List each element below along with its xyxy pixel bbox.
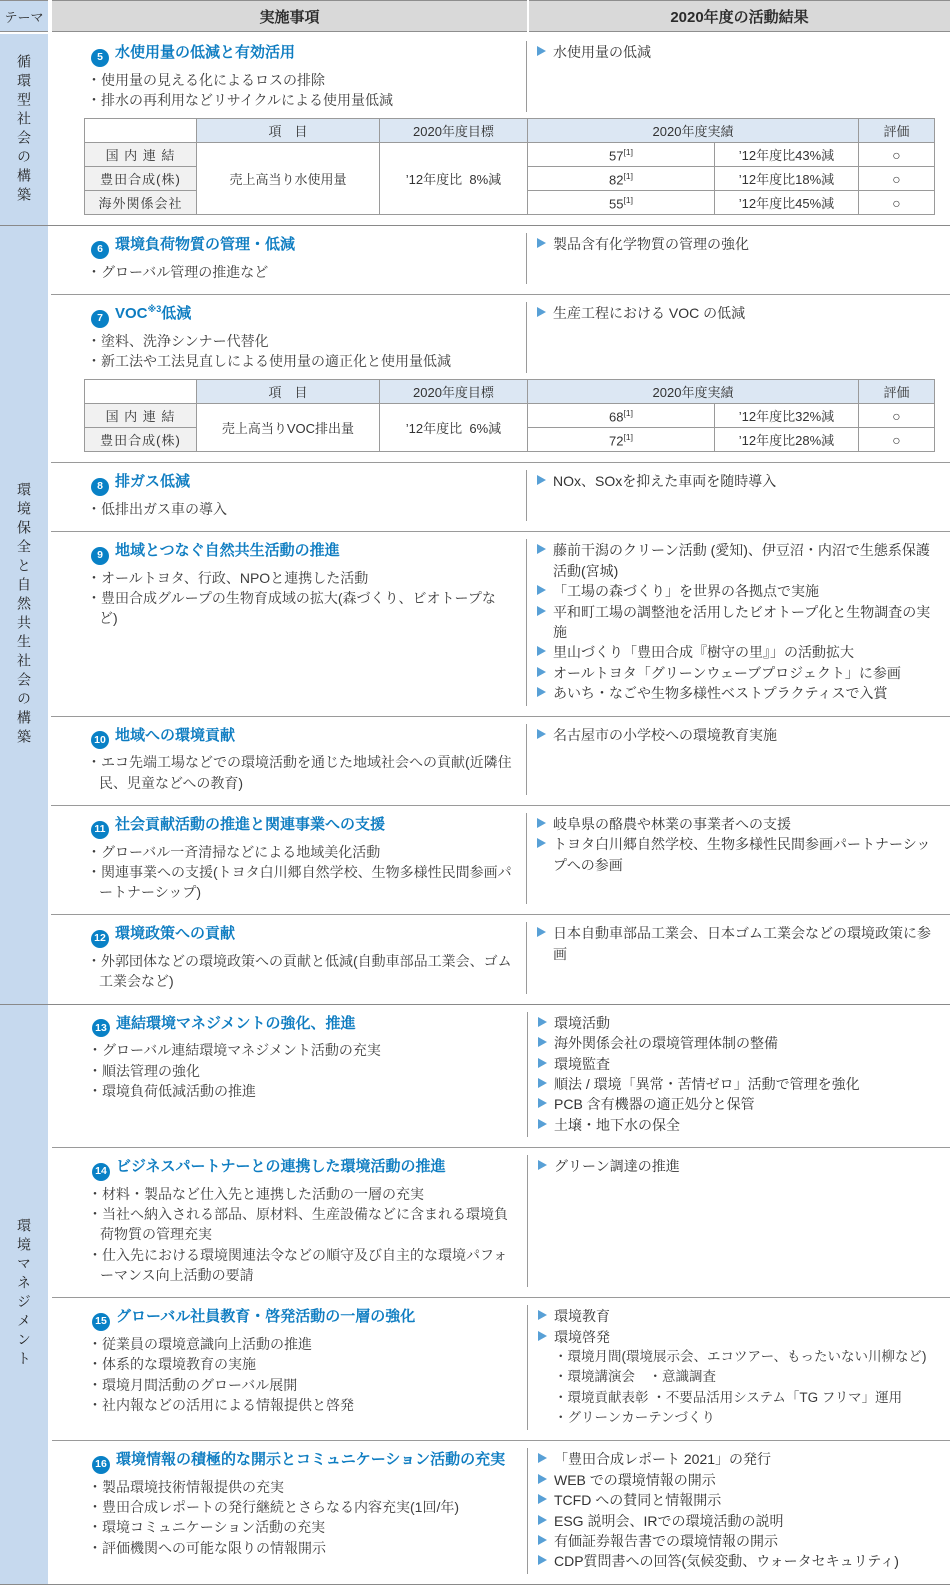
item-detail-bullet: ・外郭団体などの環境政策への貢献と低減(自動車部品工業会、ゴム工業会など) (51, 951, 514, 992)
action-item-row: 8排ガス低減・低排出ガス車の導入NOx、SOxを抑えた車両を随時導入 (51, 462, 950, 531)
arrow-right-icon (538, 1078, 547, 1088)
item-title: 11社会貢献活動の推進と関連事業への支援 (51, 814, 514, 839)
scope-cell: 国 内 連 結 (84, 143, 196, 167)
item-detail-bullet: ・社内報などの活用による情報提供と啓発 (52, 1395, 515, 1415)
item-number-badge: 16 (92, 1456, 110, 1474)
arrow-right-icon (538, 1555, 547, 1565)
item-title: 14ビジネスパートナーとの連携した環境活動の推進 (52, 1156, 515, 1181)
action-item-main: 5水使用量の低減と有効活用・使用量の見える化によるロスの排除・排水の再利用などリ… (51, 41, 950, 112)
result-text: グリーン調達の推進 (554, 1158, 680, 1174)
result-item: WEB での環境情報の開示 (538, 1470, 942, 1490)
evaluation-cell: ○ (859, 143, 935, 167)
theme-section-1: 循環型社会の構築5水使用量の低減と有効活用・使用量の見える化によるロスの排除・排… (0, 34, 950, 225)
target-cell: ’12年度比 8%減 (379, 143, 527, 215)
arrow-right-icon (538, 1098, 547, 1108)
arrow-right-icon (537, 238, 546, 248)
action-item-row: 6環境負荷物質の管理・低減・グローバル管理の推進など製品含有化学物質の管理の強化 (51, 226, 950, 294)
implementation-cell: 14ビジネスパートナーとの連携した環境活動の推進・材料・製品など仕入先と連携した… (52, 1155, 527, 1287)
result-text: ESG 説明会、IRでの環境活動の説明 (554, 1513, 783, 1529)
action-item-row: 7VOC※3低減・塗料、洗浄シンナー代替化・新工法や工法見直しによる使用量の適正… (51, 294, 950, 462)
col-header-results: 2020年度の活動結果 (529, 0, 950, 32)
action-item-main: 9地域とつなぐ自然共生活動の推進・オールトヨタ、行政、NPOと連携した活動・豊田… (51, 539, 950, 706)
action-item-row: 12環境政策への貢献・外郭団体などの環境政策への貢献と低減(自動車部品工業会、ゴ… (51, 914, 950, 1003)
item-number-badge: 5 (91, 49, 109, 67)
arrow-right-icon (537, 307, 546, 317)
result-item: 平和町工場の調整池を活用したビオトープ化と生物調査の実施 (537, 602, 942, 643)
arrow-right-icon (537, 687, 546, 697)
implementation-cell: 16環境情報の積極的な開示とコミュニケーション活動の充実・製品環境技術情報提供の… (52, 1448, 527, 1574)
actual-delta-cell: ’12年度比45%減 (714, 191, 858, 215)
result-text: 里山づくり「豊田合成『樹守の里』」の活動拡大 (553, 644, 854, 660)
actual-value-cell: 68[1] (527, 404, 714, 428)
theme-label: 環境マネジメント (17, 1218, 31, 1370)
sections-container: 循環型社会の構築5水使用量の低減と有効活用・使用量の見える化によるロスの排除・排… (0, 34, 950, 1585)
action-item-row: 13連結環境マネジメントの強化、推進・グローバル連結環境マネジメント活動の充実・… (52, 1005, 950, 1148)
arrow-right-icon (537, 606, 546, 616)
item-title-text: VOC (115, 305, 148, 322)
result-text: 土壌・地下水の保全 (554, 1117, 680, 1133)
implementation-cell: 5水使用量の低減と有効活用・使用量の見える化によるロスの排除・排水の再利用などリ… (51, 41, 526, 112)
item-title-text: 排ガス低減 (115, 473, 190, 490)
implementation-cell: 10地域への環境貢献・エコ先端工場などでの環境活動を通じた地域社会への貢献(近隣… (51, 724, 526, 795)
arrow-right-icon (538, 1119, 547, 1129)
section-rows: 6環境負荷物質の管理・低減・グローバル管理の推進など製品含有化学物質の管理の強化… (51, 226, 950, 1003)
results-cell: 名古屋市の小学校への環境教育実施 (526, 724, 950, 795)
result-item: 藤前干潟のクリーン活動 (愛知)、伊豆沼・内沼で生態系保護活動(宮城) (537, 540, 942, 581)
result-text: オールトヨタ「グリーンウェーブプロジェクト」に参画 (553, 665, 901, 681)
action-item-main: 8排ガス低減・低排出ガス車の導入NOx、SOxを抑えた車両を随時導入 (51, 470, 950, 521)
target-column-header: 2020年度目標 (379, 119, 527, 143)
result-item: 水使用量の低減 (537, 42, 942, 62)
result-item: 岐阜県の酪農や林業の事業者への支援 (537, 814, 942, 834)
result-text: WEB での環境情報の開示 (554, 1472, 716, 1488)
item-number-badge: 8 (91, 478, 109, 496)
arrow-right-icon (538, 1058, 547, 1068)
action-item-main: 15グローバル社員教育・啓発活動の一層の強化・従業員の環境意識向上活動の推進・体… (52, 1305, 950, 1430)
result-item: 順法 / 環境「異常・苦情ゼロ」活動で管理を強化 (538, 1074, 942, 1094)
actual-column-header: 2020年度実績 (527, 380, 858, 404)
theme-section-2: 環境保全と自然共生社会の構築6環境負荷物質の管理・低減・グローバル管理の推進など… (0, 225, 950, 1003)
item-title-text: 低減 (161, 305, 191, 322)
result-text: 平和町工場の調整池を活用したビオトープ化と生物調査の実施 (553, 604, 930, 640)
theme-cell: 環境保全と自然共生社会の構築 (0, 226, 48, 1003)
actual-column-header: 2020年度実績 (527, 119, 858, 143)
action-item-row: 11社会貢献活動の推進と関連事業への支援・グローバル一斉清掃などによる地域美化活… (51, 805, 950, 915)
result-item: あいち・なごや生物多様性ベストプラクティスで入賞 (537, 683, 942, 703)
implementation-cell: 7VOC※3低減・塗料、洗浄シンナー代替化・新工法や工法見直しによる使用量の適正… (51, 302, 526, 373)
evaluation-cell: ○ (859, 191, 935, 215)
item-detail-bullet: ・使用量の見える化によるロスの排除 (51, 70, 514, 90)
metrics-row: 国 内 連 結売上高当りVOC排出量’12年度比 6%減68[1]’12年度比3… (84, 404, 934, 428)
item-detail-bullet: ・環境コミュニケーション活動の充実 (52, 1517, 515, 1537)
item-detail-bullet: ・環境負荷低減活動の推進 (52, 1081, 515, 1101)
item-detail-bullet: ・豊田合成グループの生物育成域の拡大(森づくり、ビオトープなど) (51, 588, 514, 629)
item-title-text: 水使用量の低減と有効活用 (115, 44, 295, 61)
result-item: 環境啓発 (538, 1327, 942, 1347)
actual-delta-cell: ’12年度比43%減 (714, 143, 858, 167)
results-cell: グリーン調達の推進 (527, 1155, 950, 1287)
arrow-right-icon (537, 838, 546, 848)
item-detail-bullet: ・順法管理の強化 (52, 1061, 515, 1081)
result-item: 生産工程における VOC の低減 (537, 303, 942, 323)
item-title-text: 環境情報の積極的な開示とコミュニケーション活動の充実 (116, 1451, 505, 1468)
col-header-theme: テーマ (0, 0, 48, 32)
result-item: 環境活動 (538, 1013, 942, 1033)
result-item: 名古屋市の小学校への環境教育実施 (537, 725, 942, 745)
scope-cell: 豊田合成(株) (84, 167, 196, 191)
item-title-text: 環境負荷物質の管理・低減 (115, 236, 295, 253)
results-cell: 生産工程における VOC の低減 (526, 302, 950, 373)
metrics-header-row: 項 目2020年度目標2020年度実績評価 (84, 380, 934, 404)
result-sub-item: ・グリーンカーテンづくり (538, 1408, 942, 1428)
implementation-cell: 11社会貢献活動の推進と関連事業への支援・グローバル一斉清掃などによる地域美化活… (51, 813, 526, 905)
result-text: 岐阜県の酪農や林業の事業者への支援 (553, 816, 791, 832)
results-cell: 岐阜県の酪農や林業の事業者への支援トヨタ白川郷自然学校、生物多様性民間参画パート… (526, 813, 950, 905)
result-item: トヨタ白川郷自然学校、生物多様性民間参画パートナーシップへの参画 (537, 834, 942, 875)
result-item: 「工場の森づくり」を世界の各拠点で実施 (537, 581, 942, 601)
arrow-right-icon (538, 1331, 547, 1341)
item-detail-bullet: ・従業員の環境意識向上活動の推進 (52, 1334, 515, 1354)
item-detail-bullet: ・仕入先における環境関連法令などの順守及び自主的な環境パフォーマンス向上活動の要… (52, 1245, 515, 1286)
results-cell: 日本自動車部品工業会、日本ゴム工業会などの環境政策に参画 (526, 922, 950, 993)
item-number-badge: 15 (92, 1313, 110, 1331)
result-item: 土壌・地下水の保全 (538, 1115, 942, 1135)
result-text: CDP質問書への回答(気候変動、ウォータセキュリティ) (554, 1553, 899, 1569)
actual-delta-cell: ’12年度比28%減 (714, 428, 858, 452)
item-detail-bullet: ・エコ先端工場などでの環境活動を通じた地域社会への貢献(近隣住民、児童などへの教… (51, 752, 514, 793)
result-text: 製品含有化学物質の管理の強化 (553, 236, 749, 252)
evaluation-cell: ○ (859, 167, 935, 191)
result-text: 水使用量の低減 (553, 44, 651, 60)
result-sub-item: ・環境貢献表彰 ・不要品活用システム「TG フリマ」運用 (538, 1388, 942, 1408)
actual-delta-cell: ’12年度比18%減 (714, 167, 858, 191)
action-item-main: 16環境情報の積極的な開示とコミュニケーション活動の充実・製品環境技術情報提供の… (52, 1448, 950, 1574)
implementation-cell: 8排ガス低減・低排出ガス車の導入 (51, 470, 526, 521)
item-number-badge: 7 (91, 310, 109, 328)
item-title: 12環境政策への貢献 (51, 923, 514, 948)
action-item-row: 10地域への環境貢献・エコ先端工場などでの環境活動を通じた地域社会への貢献(近隣… (51, 716, 950, 805)
item-detail-bullet: ・グローバル管理の推進など (51, 262, 514, 282)
arrow-right-icon (537, 927, 546, 937)
action-item-main: 12環境政策への貢献・外郭団体などの環境政策への貢献と低減(自動車部品工業会、ゴ… (51, 922, 950, 993)
item-detail-bullet: ・材料・製品など仕入先と連携した活動の一層の充実 (52, 1184, 515, 1204)
footnote-ref: [1] (623, 147, 632, 157)
action-item-main: 6環境負荷物質の管理・低減・グローバル管理の推進など製品含有化学物質の管理の強化 (51, 233, 950, 284)
metric-name-cell: 売上高当り水使用量 (196, 143, 379, 215)
arrow-right-icon (538, 1474, 547, 1484)
theme-section-3: 環境マネジメント13連結環境マネジメントの強化、推進・グローバル連結環境マネジメ… (0, 1004, 950, 1584)
metrics-row: 国 内 連 結売上高当り水使用量’12年度比 8%減57[1]’12年度比43%… (84, 143, 934, 167)
actual-value-cell: 55[1] (527, 191, 714, 215)
item-detail-bullet: ・関連事業への支援(トヨタ白川郷自然学校、生物多様性民間参画パートナーシップ) (51, 862, 514, 903)
item-detail-bullet: ・低排出ガス車の導入 (51, 499, 514, 519)
item-title-text: 地域への環境貢献 (115, 727, 235, 744)
theme-label: 環境保全と自然共生社会の構築 (17, 482, 31, 748)
footnote-ref: [1] (623, 195, 632, 205)
actual-value-cell: 72[1] (527, 428, 714, 452)
scope-cell: 豊田合成(株) (84, 428, 196, 452)
arrow-right-icon (537, 729, 546, 739)
item-detail-bullet: ・体系的な環境教育の実施 (52, 1354, 515, 1374)
metrics-header-row: 項 目2020年度目標2020年度実績評価 (84, 119, 934, 143)
result-item: 製品含有化学物質の管理の強化 (537, 234, 942, 254)
result-item: オールトヨタ「グリーンウェーブプロジェクト」に参画 (537, 663, 942, 683)
item-title-text: グローバル社員教育・啓発活動の一層の強化 (116, 1308, 415, 1325)
item-title: 9地域とつなぐ自然共生活動の推進 (51, 540, 514, 565)
result-text: 生産工程における VOC の低減 (553, 305, 745, 321)
item-column-header: 項 目 (196, 119, 379, 143)
result-item: CDP質問書への回答(気候変動、ウォータセキュリティ) (538, 1551, 942, 1571)
arrow-right-icon (538, 1494, 547, 1504)
evaluation-column-header: 評価 (859, 380, 935, 404)
result-text: 海外関係会社の環境管理体制の整備 (554, 1035, 778, 1051)
item-number-badge: 9 (91, 547, 109, 565)
col-header-implementation: 実施事項 (52, 0, 527, 32)
result-text: 日本自動車部品工業会、日本ゴム工業会などの環境政策に参画 (553, 925, 931, 961)
result-text: 藤前干潟のクリーン活動 (愛知)、伊豆沼・内沼で生態系保護活動(宮城) (553, 542, 930, 578)
item-title: 8排ガス低減 (51, 471, 514, 496)
arrow-right-icon (538, 1535, 547, 1545)
result-text: TCFD への賛同と情報開示 (554, 1492, 721, 1508)
results-cell: 環境教育環境啓発・環境月間(環境展示会、エコツアー、もったいない川柳など)・環境… (527, 1305, 950, 1430)
results-cell: NOx、SOxを抑えた車両を随時導入 (526, 470, 950, 521)
result-text: 順法 / 環境「異常・苦情ゼロ」活動で管理を強化 (554, 1076, 860, 1092)
implementation-cell: 12環境政策への貢献・外郭団体などの環境政策への貢献と低減(自動車部品工業会、ゴ… (51, 922, 526, 993)
result-sub-item: ・環境講演会 ・意識調査 (538, 1367, 942, 1387)
footnote-ref: [1] (623, 171, 632, 181)
item-column-header: 項 目 (196, 380, 379, 404)
metric-name-cell: 売上高当りVOC排出量 (196, 404, 379, 452)
results-cell: 製品含有化学物質の管理の強化 (526, 233, 950, 284)
result-text: あいち・なごや生物多様性ベストプラクティスで入賞 (553, 685, 887, 701)
item-title-text: 環境政策への貢献 (115, 925, 235, 942)
item-title: 13連結環境マネジメントの強化、推進 (52, 1013, 515, 1038)
arrow-right-icon (538, 1160, 547, 1170)
item-title: 10地域への環境貢献 (51, 725, 514, 750)
action-item-row: 9地域とつなぐ自然共生活動の推進・オールトヨタ、行政、NPOと連携した活動・豊田… (51, 531, 950, 716)
result-item: グリーン調達の推進 (538, 1156, 942, 1176)
implementation-cell: 13連結環境マネジメントの強化、推進・グローバル連結環境マネジメント活動の充実・… (52, 1012, 527, 1138)
evaluation-cell: ○ (859, 428, 935, 452)
environment-action-results-table: テーマ 実施事項 2020年度の活動結果 循環型社会の構築5水使用量の低減と有効… (0, 0, 950, 1585)
result-sub-item: ・環境月間(環境展示会、エコツアー、もったいない川柳など) (538, 1347, 942, 1367)
result-text: 環境活動 (554, 1015, 610, 1031)
arrow-right-icon (537, 475, 546, 485)
scope-cell: 海外関係会社 (84, 191, 196, 215)
result-text: 「工場の森づくり」を世界の各拠点で実施 (553, 583, 819, 599)
item-detail-bullet: ・豊田合成レポートの発行継続とさらなる内容充実(1回/年) (52, 1497, 515, 1517)
result-item: 環境教育 (538, 1306, 942, 1326)
section-rows: 13連結環境マネジメントの強化、推進・グローバル連結環境マネジメント活動の充実・… (52, 1005, 950, 1584)
arrow-right-icon (537, 646, 546, 656)
arrow-right-icon (538, 1017, 547, 1027)
results-cell: 「豊田合成レポート 2021」の発行WEB での環境情報の開示TCFD への賛同… (527, 1448, 950, 1574)
metrics-table: 項 目2020年度目標2020年度実績評価国 内 連 結売上高当りVOC排出量’… (84, 379, 935, 452)
arrow-right-icon (538, 1037, 547, 1047)
implementation-cell: 6環境負荷物質の管理・低減・グローバル管理の推進など (51, 233, 526, 284)
implementation-cell: 15グローバル社員教育・啓発活動の一層の強化・従業員の環境意識向上活動の推進・体… (52, 1305, 527, 1430)
evaluation-cell: ○ (859, 404, 935, 428)
action-item-main: 10地域への環境貢献・エコ先端工場などでの環境活動を通じた地域社会への貢献(近隣… (51, 724, 950, 795)
arrow-right-icon (538, 1515, 547, 1525)
result-text: 有価証券報告書での環境情報の開示 (554, 1533, 778, 1549)
scope-cell: 国 内 連 結 (84, 404, 196, 428)
results-cell: 環境活動海外関係会社の環境管理体制の整備環境監査順法 / 環境「異常・苦情ゼロ」… (527, 1012, 950, 1138)
action-item-main: 7VOC※3低減・塗料、洗浄シンナー代替化・新工法や工法見直しによる使用量の適正… (51, 302, 950, 373)
theme-label: 循環型社会の構築 (17, 54, 31, 206)
item-title-text: 連結環境マネジメントの強化、推進 (116, 1015, 356, 1032)
action-item-row: 5水使用量の低減と有効活用・使用量の見える化によるロスの排除・排水の再利用などリ… (51, 34, 950, 225)
implementation-cell: 9地域とつなぐ自然共生活動の推進・オールトヨタ、行政、NPOと連携した活動・豊田… (51, 539, 526, 706)
result-text: NOx、SOxを抑えた車両を随時導入 (553, 473, 776, 489)
action-item-main: 14ビジネスパートナーとの連携した環境活動の推進・材料・製品など仕入先と連携した… (52, 1155, 950, 1287)
result-item: 海外関係会社の環境管理体制の整備 (538, 1033, 942, 1053)
result-item: 有価証券報告書での環境情報の開示 (538, 1531, 942, 1551)
item-number-badge: 12 (91, 930, 109, 948)
action-item-row: 16環境情報の積極的な開示とコミュニケーション活動の充実・製品環境技術情報提供の… (52, 1440, 950, 1584)
action-item-main: 13連結環境マネジメントの強化、推進・グローバル連結環境マネジメント活動の充実・… (52, 1012, 950, 1138)
actual-value-cell: 82[1] (527, 167, 714, 191)
item-title-text: 社会貢献活動の推進と関連事業への支援 (115, 816, 385, 833)
footnote-ref: [1] (623, 432, 632, 442)
result-text: 環境教育 (554, 1308, 610, 1324)
item-detail-bullet: ・グローバル連結環境マネジメント活動の充実 (52, 1040, 515, 1060)
result-item: TCFD への賛同と情報開示 (538, 1490, 942, 1510)
item-title: 6環境負荷物質の管理・低減 (51, 234, 514, 259)
item-detail-bullet: ・製品環境技術情報提供の充実 (52, 1477, 515, 1497)
arrow-right-icon (537, 46, 546, 56)
item-detail-bullet: ・オールトヨタ、行政、NPOと連携した活動 (51, 568, 514, 588)
arrow-right-icon (537, 544, 546, 554)
item-detail-bullet: ・環境月間活動のグローバル展開 (52, 1375, 515, 1395)
section-rows: 5水使用量の低減と有効活用・使用量の見える化によるロスの排除・排水の再利用などリ… (51, 34, 950, 225)
result-text: 名古屋市の小学校への環境教育実施 (553, 727, 777, 743)
item-detail-bullet: ・グローバル一斉清掃などによる地域美化活動 (51, 842, 514, 862)
item-detail-bullet: ・排水の再利用などリサイクルによる使用量低減 (51, 90, 514, 110)
item-detail-bullet: ・評価機関への可能な限りの情報開示 (52, 1538, 515, 1558)
item-title-text: ビジネスパートナーとの連携した環境活動の推進 (116, 1158, 446, 1175)
item-detail-bullet: ・当社へ納入される部品、原材料、生産設備などに含まれる環境負荷物質の管理充実 (52, 1204, 515, 1245)
item-title-superscript: ※3 (148, 304, 162, 314)
result-text: PCB 含有機器の適正処分と保管 (554, 1096, 755, 1112)
item-title-text: 地域とつなぐ自然共生活動の推進 (115, 542, 340, 559)
action-item-row: 14ビジネスパートナーとの連携した環境活動の推進・材料・製品など仕入先と連携した… (52, 1147, 950, 1297)
scope-header-cell (84, 380, 196, 404)
item-title: 15グローバル社員教育・啓発活動の一層の強化 (52, 1306, 515, 1331)
arrow-right-icon (538, 1310, 547, 1320)
result-item: PCB 含有機器の適正処分と保管 (538, 1094, 942, 1114)
evaluation-column-header: 評価 (859, 119, 935, 143)
results-cell: 水使用量の低減 (526, 41, 950, 112)
theme-cell: 環境マネジメント (0, 1005, 48, 1584)
result-item: 「豊田合成レポート 2021」の発行 (538, 1449, 942, 1469)
result-item: 日本自動車部品工業会、日本ゴム工業会などの環境政策に参画 (537, 923, 942, 964)
results-cell: 藤前干潟のクリーン活動 (愛知)、伊豆沼・内沼で生態系保護活動(宮城)「工場の森… (526, 539, 950, 706)
metrics-table: 項 目2020年度目標2020年度実績評価国 内 連 結売上高当り水使用量’12… (84, 118, 935, 215)
result-item: NOx、SOxを抑えた車両を随時導入 (537, 471, 942, 491)
item-detail-bullet: ・塗料、洗浄シンナー代替化 (51, 331, 514, 351)
result-text: 環境監査 (554, 1056, 610, 1072)
item-title: 7VOC※3低減 (51, 303, 514, 328)
target-column-header: 2020年度目標 (379, 380, 527, 404)
item-detail-bullet: ・新工法や工法見直しによる使用量の適正化と使用量低減 (51, 351, 514, 371)
item-number-badge: 14 (92, 1163, 110, 1181)
action-item-main: 11社会貢献活動の推進と関連事業への支援・グローバル一斉清掃などによる地域美化活… (51, 813, 950, 905)
actual-value-cell: 57[1] (527, 143, 714, 167)
arrow-right-icon (537, 667, 546, 677)
target-cell: ’12年度比 6%減 (379, 404, 527, 452)
item-title: 5水使用量の低減と有効活用 (51, 42, 514, 67)
item-title: 16環境情報の積極的な開示とコミュニケーション活動の充実 (52, 1449, 515, 1474)
result-text: 「豊田合成レポート 2021」の発行 (554, 1451, 771, 1467)
item-number-badge: 10 (91, 731, 109, 749)
scope-header-cell (84, 119, 196, 143)
actual-delta-cell: ’12年度比32%減 (714, 404, 858, 428)
theme-cell: 循環型社会の構築 (0, 34, 48, 225)
action-item-row: 15グローバル社員教育・啓発活動の一層の強化・従業員の環境意識向上活動の推進・体… (52, 1297, 950, 1440)
arrow-right-icon (538, 1453, 547, 1463)
result-item: 里山づくり「豊田合成『樹守の里』」の活動拡大 (537, 642, 942, 662)
result-item: ESG 説明会、IRでの環境活動の説明 (538, 1511, 942, 1531)
arrow-right-icon (537, 818, 546, 828)
table-header-row: テーマ 実施事項 2020年度の活動結果 (0, 0, 950, 32)
footnote-ref: [1] (623, 408, 632, 418)
result-item: 環境監査 (538, 1054, 942, 1074)
arrow-right-icon (537, 585, 546, 595)
item-number-badge: 13 (92, 1019, 110, 1037)
result-text: 環境啓発 (554, 1329, 610, 1345)
result-text: トヨタ白川郷自然学校、生物多様性民間参画パートナーシップへの参画 (553, 836, 930, 872)
item-number-badge: 6 (91, 241, 109, 259)
item-number-badge: 11 (91, 821, 109, 839)
